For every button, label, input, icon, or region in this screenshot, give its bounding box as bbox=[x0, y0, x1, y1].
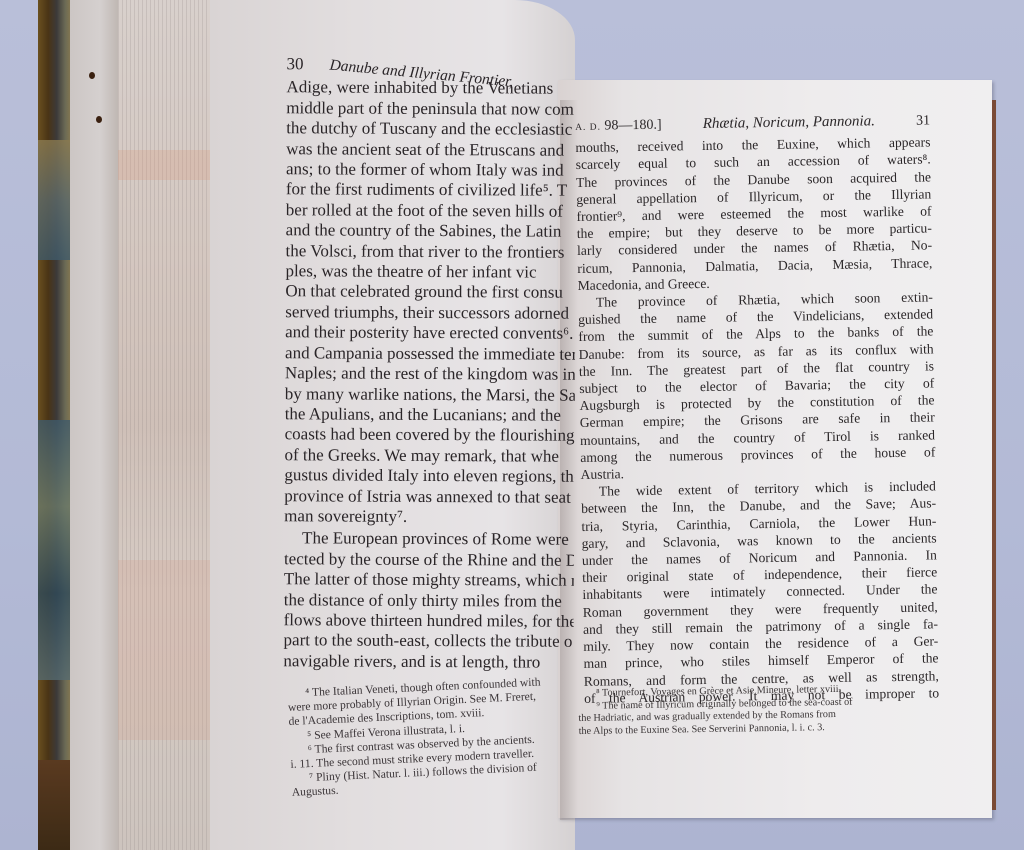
date-years: 98—180.] bbox=[604, 118, 661, 134]
left-page-text: 30 Danube and Illyrian Frontier, Adige, … bbox=[283, 54, 576, 673]
text-line: Naples; and the rest of the kingdom was … bbox=[285, 363, 575, 385]
marbled-cover-patch bbox=[38, 420, 72, 680]
leather-corner bbox=[38, 760, 72, 850]
right-footnotes: ⁸ Tournefort, Voyages en Grèce et Asie M… bbox=[578, 682, 934, 738]
text-line: for the first rudiments of civilized lif… bbox=[286, 180, 576, 202]
text-line: flows above thirteen hundred miles, for … bbox=[284, 610, 574, 632]
foxing-spot bbox=[96, 116, 102, 123]
open-book: 30 Danube and Illyrian Frontier, Adige, … bbox=[0, 0, 1024, 850]
page-block-edges bbox=[118, 0, 213, 850]
text-line: the dutchy of Tuscany and the ecclesiast… bbox=[286, 118, 576, 140]
paragraph: mouths, received into the Euxine, which … bbox=[575, 134, 932, 294]
paragraph: The European provinces of Rome were tect… bbox=[283, 529, 574, 673]
text-line: the distance of only thirty miles from t… bbox=[284, 590, 574, 612]
text-line: man sovereignty⁷. bbox=[284, 506, 574, 528]
right-page-text: A. D. 98—180.] Rhætia, Noricum, Pannonia… bbox=[575, 112, 939, 706]
text-line: was the ancient seat of the Etruscans an… bbox=[286, 139, 576, 161]
text-line: On that celebrated ground the first cons… bbox=[285, 282, 575, 304]
page-number: 30 bbox=[287, 54, 304, 74]
text-line: and their posterity have erected convent… bbox=[285, 323, 575, 345]
text-line: the Apulians, and the Lucanians; and the bbox=[285, 404, 575, 426]
paragraph: The province of Rhætia, which soon extin… bbox=[578, 288, 936, 483]
text-line: The European provinces of Rome were bbox=[284, 529, 574, 551]
text-line: province of Istria was annexed to that s… bbox=[284, 486, 574, 508]
paragraph: Adige, were inhabited by the Venetians m… bbox=[284, 78, 576, 528]
text-line: and the country of the Sabines, the Lati… bbox=[286, 220, 576, 242]
text-line: navigable rivers, and is at length, thro bbox=[283, 651, 573, 673]
text-line: the Volsci, from that river to the front… bbox=[286, 241, 576, 263]
text-line: middle part of the peninsula that now co… bbox=[286, 98, 576, 120]
book-cover-spine bbox=[38, 0, 72, 850]
paragraph: The wide extent of territory which is in… bbox=[581, 478, 939, 707]
text-line: of the Greeks. We may remark, that whe bbox=[284, 445, 574, 467]
running-title: Rhætia, Noricum, Pannonia. bbox=[703, 113, 875, 133]
marbled-cover-patch bbox=[38, 140, 72, 260]
text-line: ples, was the theatre of her infant vic bbox=[285, 261, 575, 283]
left-page-header: 30 Danube and Illyrian Frontier, bbox=[287, 54, 577, 77]
text-line: and Campania possessed the immediate ter… bbox=[285, 343, 575, 365]
text-line: ber rolled at the foot of the seven hill… bbox=[286, 200, 576, 222]
text-line: coasts had been covered by the flourishi… bbox=[285, 425, 575, 447]
text-line: The latter of those mighty streams, whic… bbox=[284, 569, 574, 591]
date-range: A. D. 98—180.] bbox=[575, 117, 662, 138]
text-line: tected by the course of the Rhine and th… bbox=[284, 549, 574, 571]
text-line: gustus divided Italy into eleven regions… bbox=[284, 465, 574, 487]
foxing-spot bbox=[89, 72, 95, 79]
text-line: served triumphs, their successors adorne… bbox=[285, 302, 575, 324]
text-line: part to the south-east, collects the tri… bbox=[283, 631, 573, 653]
text-line: by many warlike nations, the Marsi, the … bbox=[285, 384, 575, 406]
endpaper bbox=[70, 0, 120, 850]
date-prefix: A. D. bbox=[575, 123, 601, 133]
text-line: ans; to the former of whom Italy was ind bbox=[286, 159, 576, 181]
page-number: 31 bbox=[916, 112, 930, 129]
left-footnotes: ⁴ The Italian Veneti, though often confo… bbox=[287, 674, 582, 801]
